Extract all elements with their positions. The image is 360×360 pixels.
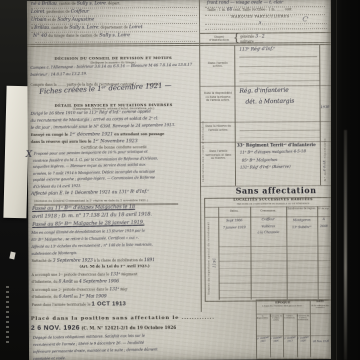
epoque-subtitle: à laquelle l'homme doit passer dans : — [258, 305, 308, 308]
corps-indication-vertical-label: Indication des corps d'affectation — [200, 52, 205, 182]
scan-left-margin — [0, 0, 30, 360]
cell-ruling — [239, 59, 319, 85]
repertoire-number-value: 1191 — [212, 252, 216, 268]
pension-paragraph-line: cicatrice fessière du M. I. G. par la Co… — [33, 156, 158, 163]
field-profession-line: Loiret, profession de Coiffeur — [31, 9, 89, 14]
localites-col-communes: Communes. — [250, 209, 286, 212]
leave-printed-line-1: Envoyé en congé le 1ᵉʳ décembre 1921 en … — [31, 132, 165, 138]
pension-paragraph-line: d'Orléans du 14 avril 1921. — [33, 184, 81, 189]
localites-col-dates: Dates. — [218, 210, 250, 213]
territorial-entry-2: 85ᵉ Bᵒⁿ Malgaches — [242, 157, 278, 162]
territorial-entry-3: 131ᵉ Régᵗ d'Inf.ᵉ (Réserve) — [240, 165, 291, 170]
campaigns-handwriting-1: Campes c. l'Allemagne : Intérieur 3.8.14… — [30, 63, 192, 71]
localites-row-subdivision-1: Montgeron — [286, 219, 317, 223]
disponibilite-label: Dans la disponibilité ou dans la réserve… — [203, 92, 232, 103]
leave-printed-line-2: dans la réserve qui aura lieu le 1ᵉʳ Nov… — [31, 139, 138, 145]
radiation-date-header-2: de la radiation des contrôles — [310, 305, 330, 310]
book-spine-highlight — [344, 130, 347, 360]
release-paragraph-line: inférieure permanente droite, maintenue … — [33, 347, 158, 354]
radiation-date-header-1: DATE — [310, 301, 331, 304]
demobilisation-line: Mis en congé illimité de démobilisation … — [31, 229, 145, 235]
education-military-line: militaire ........ — [240, 40, 263, 44]
epoque-col-2-header: la réserve de l'armée active — [270, 315, 283, 322]
regiment-33-stamp: 33ᵉ Régiment Territᵃˡ d'Infanterie — [237, 143, 316, 148]
date-stamp-cm-line: 2 6 NOV. 1926 (C. M. N° 12421-2/1 du 19 … — [31, 324, 176, 332]
underline — [239, 56, 317, 57]
pension-paragraph-line: Proposé pour une pension temporaire de 1… — [34, 150, 148, 156]
brace-glyph: { — [233, 33, 239, 44]
sans-affectation-position-line: Placé dans la position sans affectation … — [31, 316, 215, 323]
demobilisation-line: 85ᵉ Bᵒⁿ Malgache ; se retire à la Chauss… — [31, 236, 139, 242]
epoque-col-1-header: la disponibilité — [256, 315, 269, 320]
localites-row-date-1: Sept 1906 — [218, 219, 250, 223]
affectation-note: (décision du Général Commandant la 5ᵉ ré… — [34, 199, 148, 203]
paper-speck — [9, 252, 15, 260]
reserve-regiment-handwriting-2: dét. à Montargis — [245, 99, 294, 107]
divider — [199, 32, 331, 34]
field-parents-line: Urbain et de Sadry Augustine — [31, 17, 94, 23]
epoque-col-3-header: l'armée territoriale — [283, 315, 296, 320]
field-draw-number-line: N° 40 du tirage dans le canton de Sully … — [33, 33, 130, 39]
localites-row-commune-3: à la Chaussée — [250, 231, 286, 235]
localites-row-number-2: 2448 — [317, 225, 330, 229]
second-exercise-period-line: A accompli une 2ᵉ période d'exercices da… — [32, 287, 128, 293]
localites-row-date-2: 7 janvier 1919 — [218, 226, 250, 230]
pension-paragraph-line: séquelles légères. — Blessure reçue au s… — [33, 163, 146, 169]
cell-ruling — [240, 123, 320, 140]
field-rule — [35, 40, 195, 42]
release-paragraph-line: constatée et visée. — [33, 356, 66, 360]
margin-x-mark: X — [26, 150, 33, 160]
reserve-regiment-handwriting-1: Rég. d'infanterie — [239, 88, 288, 96]
label-column-divider — [234, 45, 236, 186]
page-edge-line — [336, 0, 337, 360]
radiation-date-value: 26 Nov. 1926 — [310, 341, 330, 344]
field-rule — [205, 23, 327, 25]
active-army-regiment-handwriting: 113ᵉ Régᵗ d'Inf.ᵉ — [239, 47, 275, 53]
margin-year-note: 1930 — [320, 105, 329, 109]
localites-row-number-1: A — [317, 218, 330, 222]
demobilisation-line: Affecté au 13ᵉ échelon du recrutement ; … — [31, 242, 152, 249]
pension-paragraph-line: poplité externe gauche ; gonalgie légère… — [33, 176, 155, 183]
campaigns-handwriting-2: Intérieur : 14.8.17 au 13.2.19. — [30, 72, 87, 78]
height-line: Taille : 1 m. 68 cent. Taille rectifiée … — [207, 8, 293, 13]
localites-row-subdivision-2: 13ᵉ Subdivᵒⁿ — [286, 226, 317, 230]
art58-heading: (Art. 58 de la Loi du 1ᵉʳ Avril 1923.) — [31, 265, 199, 270]
malgache-transfer-line-3: Passé au 85ᵉ Bᵒⁿ Malgache le 28 janvier … — [32, 221, 144, 229]
territorial-army-line-with-stamp: Passé dans l'armée territoriale le 1 OCT… — [32, 301, 126, 308]
margin-date-note: 4-4-18 — [322, 149, 325, 171]
territorial-army-label: Dans l'armée territoriale et dans sa rés… — [204, 150, 233, 161]
margin-column-divider — [319, 44, 321, 185]
epoque-col-4-header: la réserve de l'armée territoriale — [297, 315, 310, 322]
physical-description-line: front rond — visage ovale — t. clair — [207, 0, 283, 5]
active-reserve-label: Dans la réserve de l'armée active. — [204, 125, 233, 132]
localites-col-subdivisions: Subdivisions de région. — [286, 208, 317, 211]
register-page: né à Brillau, canton de Sully s. Loire, … — [27, 0, 333, 360]
empty-row-ruling — [218, 239, 330, 299]
localites-row-commune-1: Coiffeur — [250, 218, 286, 222]
rattache-line: Rattaché de 3 Septembre 1923 à la classe… — [31, 258, 154, 264]
first-exercise-period-line: A accompli une 1ʳᵉ période d'exercices d… — [32, 272, 138, 278]
release-paragraph-line: Dégagé de toutes obligations militaires.… — [33, 334, 145, 340]
service-entry-3: le dit jour ; immatriculé sous le N° 639… — [31, 123, 176, 130]
scanned-register-photo: né à Brillau, canton de Sully s. Loire, … — [0, 0, 360, 360]
affectation-plan-e-line: Affecté plan E. le 1 Décembre 1921 au 13… — [31, 189, 149, 197]
field-rule — [205, 28, 327, 30]
education-degree-label: Degré d'instruction — [206, 36, 232, 43]
release-paragraph-line: recrutement de l'armée ; libéré le 9 déc… — [33, 341, 144, 347]
field-domicile-line: à Brillau, canton de Sully s. Loire, dép… — [31, 25, 142, 31]
left-margin-print-marks — [6, 286, 9, 344]
localites-row-commune-2: Vallières — [250, 224, 286, 228]
scan-right-margin — [331, 0, 360, 360]
localites-col-number: N° du rép. — [317, 208, 330, 210]
first-exercise-period-dates: d'Infanterie, du 8 Août au 4 Septembre 1… — [32, 279, 119, 285]
marks-handwriting: s — [259, 20, 261, 25]
second-exercise-period-dates: d'Infanterie, du 6 Avril au 1ᵉʳ Mai 1909 — [32, 294, 107, 299]
sans-affectation-stamp: Sans affectation — [223, 186, 329, 196]
demobilisation-line: subdivision de Montargis. — [31, 251, 77, 256]
active-army-label: Dans l'armée active. — [203, 62, 232, 69]
territorial-entry-1: 11ᵉ Bᵒⁿ d'étapes malgaches 4-5-18 — [240, 149, 306, 155]
field-birthplace-line: né à Brillau, canton de Sully s. Loire, … — [31, 1, 121, 7]
